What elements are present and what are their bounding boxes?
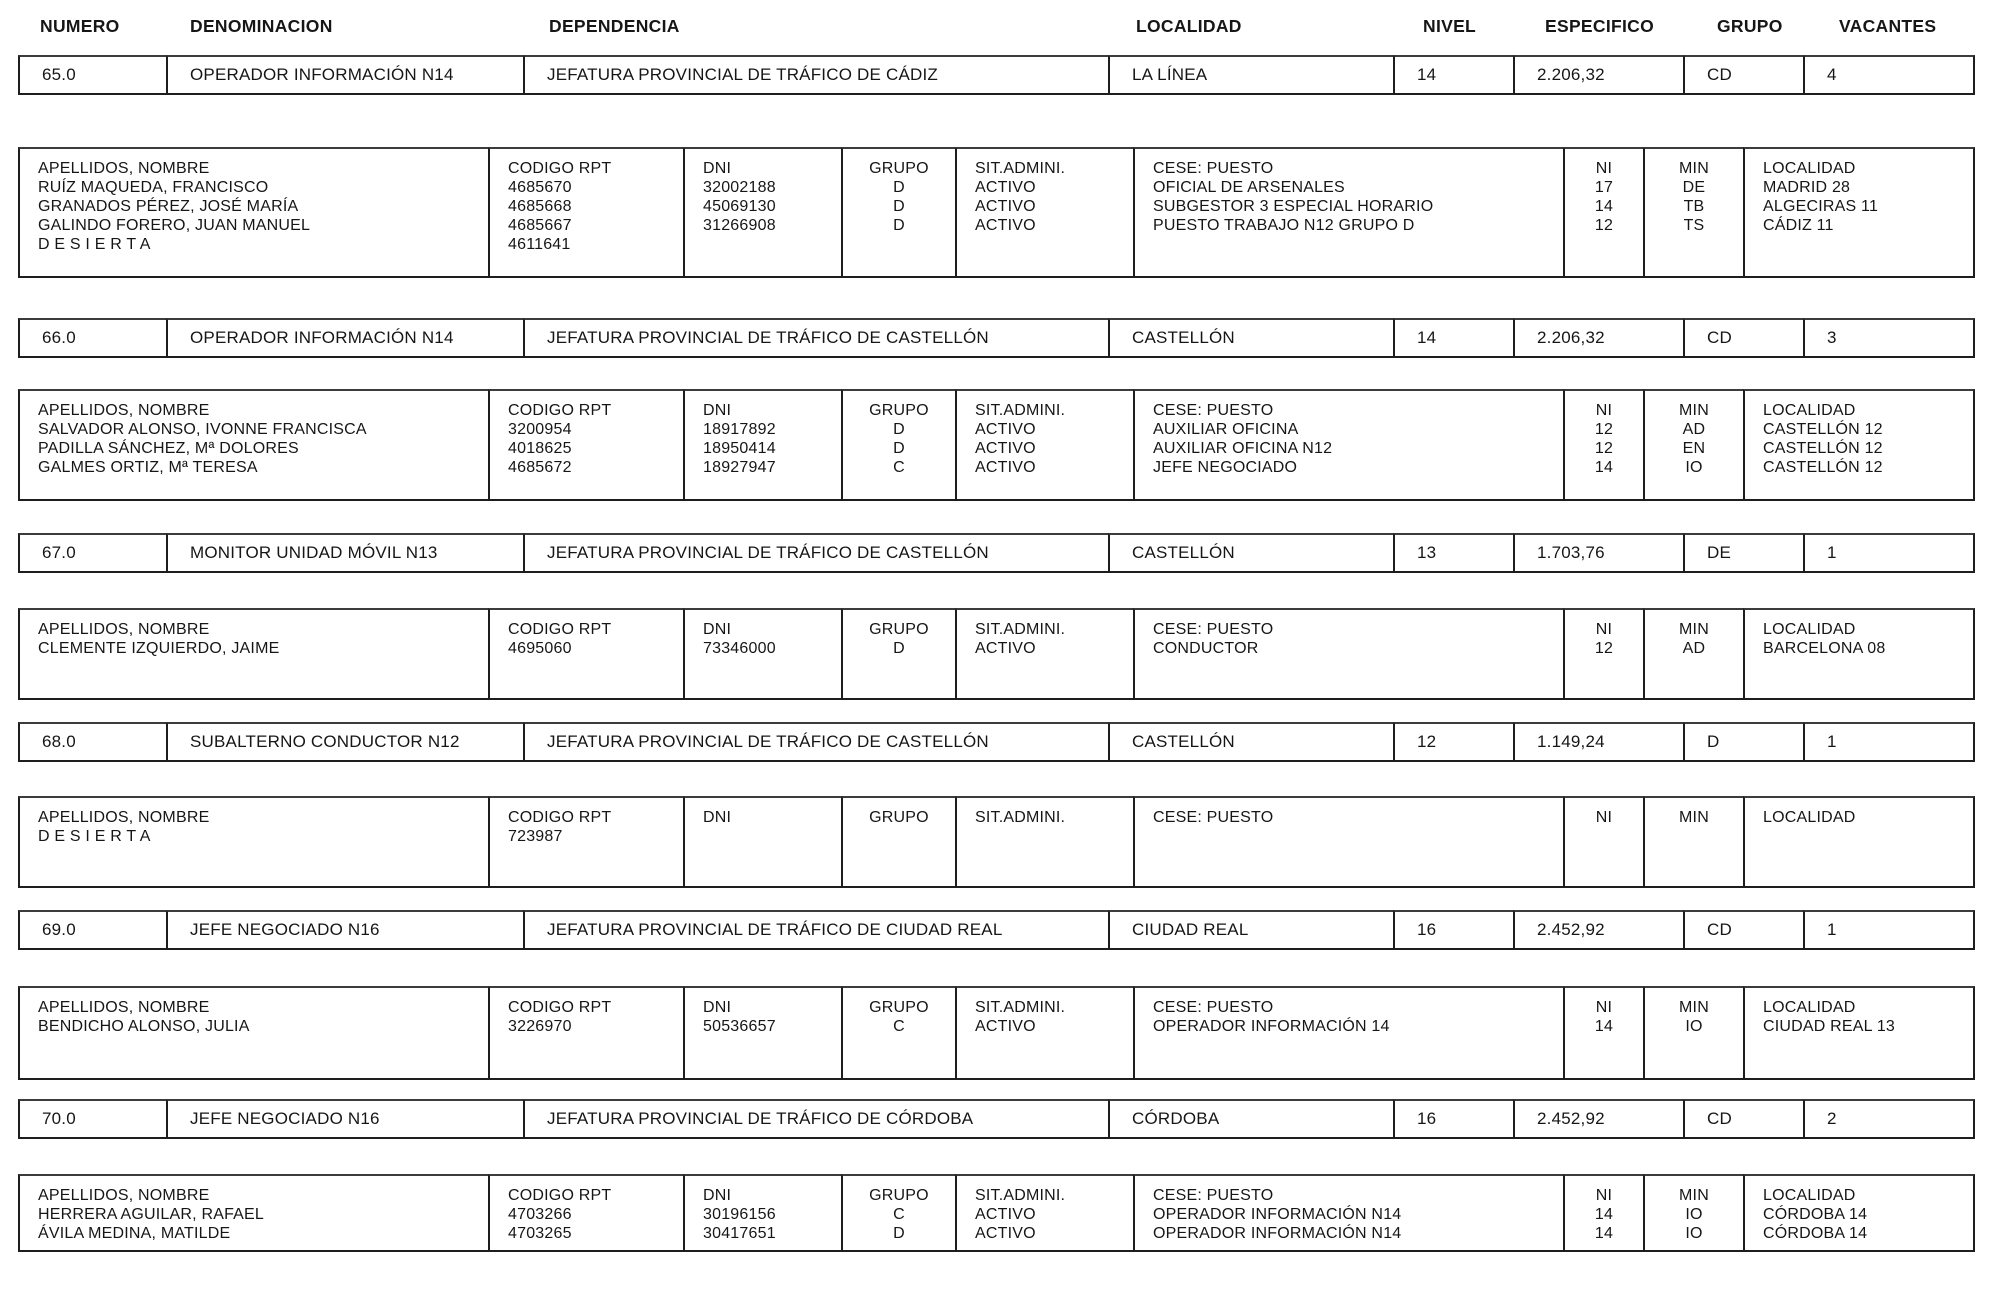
detail-col-cese-puesto: CESE: PUESTOOPERADOR INFORMACIÓN 14 <box>1133 986 1565 1080</box>
position-row-66: 66.0 OPERADOR INFORMACIÓN N14 JEFATURA P… <box>18 318 1975 358</box>
detail-line-codigo: 3200954 <box>508 420 683 439</box>
detail-col-apellidos: APELLIDOS, NOMBRESALVADOR ALONSO, IVONNE… <box>18 389 490 501</box>
detail-header-dni: DNI <box>703 808 841 827</box>
detail-line-dni: 73346000 <box>703 639 841 658</box>
detail-col-codigo-rpt: CODIGO RPT4685670468566846856674611641 <box>488 147 685 278</box>
cell-especifico: 1.703,76 <box>1513 533 1685 573</box>
cell-localidad: CASTELLÓN <box>1108 722 1395 762</box>
detail-line-localidad: CIUDAD REAL 13 <box>1763 1017 1973 1036</box>
detail-line-cese: PUESTO TRABAJO N12 GRUPO D <box>1153 216 1563 235</box>
detail-col-min: MINIOIO <box>1643 1174 1745 1252</box>
detail-header-sit: SIT.ADMINI. <box>975 401 1133 420</box>
detail-line-cese: AUXILIAR OFICINA <box>1153 420 1563 439</box>
cell-denominacion: OPERADOR INFORMACIÓN N14 <box>166 55 525 95</box>
detail-line-dni: 30196156 <box>703 1205 841 1224</box>
holders-detail-block-70: APELLIDOS, NOMBREHERRERA AGUILAR, RAFAEL… <box>18 1174 1975 1252</box>
detail-line-sit: ACTIVO <box>975 439 1133 458</box>
cell-especifico: 2.452,92 <box>1513 1099 1685 1139</box>
detail-header-dni: DNI <box>703 1186 841 1205</box>
detail-header-grupo: GRUPO <box>843 808 955 827</box>
detail-line-sit <box>975 235 1133 254</box>
detail-line-grupo: D <box>843 1224 955 1243</box>
detail-header-grupo: GRUPO <box>843 1186 955 1205</box>
position-row-69: 69.0 JEFE NEGOCIADO N16 JEFATURA PROVINC… <box>18 910 1975 950</box>
detail-col-cese-puesto: CESE: PUESTOOFICIAL DE ARSENALESSUBGESTO… <box>1133 147 1565 278</box>
column-header-vacantes: VACANTES <box>1817 16 1989 37</box>
detail-line-min: AD <box>1645 420 1743 439</box>
detail-col-cese-puesto: CESE: PUESTOOPERADOR INFORMACIÓN N14OPER… <box>1133 1174 1565 1252</box>
column-header-denominacion: DENOMINACION <box>168 16 527 37</box>
detail-line-dni: 31266908 <box>703 216 841 235</box>
detail-line-dni: 32002188 <box>703 178 841 197</box>
detail-col-sit-admini: SIT.ADMINI.ACTIVOACTIVOACTIVO <box>955 147 1135 278</box>
detail-header-sit: SIT.ADMINI. <box>975 159 1133 178</box>
detail-line-ni: 12 <box>1565 216 1643 235</box>
detail-line-apellidos: GALMES ORTIZ, Mª TERESA <box>38 458 488 477</box>
detail-line-cese: OPERADOR INFORMACIÓN N14 <box>1153 1224 1563 1243</box>
detail-line-apellidos: GRANADOS PÉREZ, JOSÉ MARÍA <box>38 197 488 216</box>
detail-line-codigo: 4703266 <box>508 1205 683 1224</box>
detail-header-sit: SIT.ADMINI. <box>975 998 1133 1017</box>
cell-numero: 68.0 <box>18 722 168 762</box>
detail-line-grupo: D <box>843 439 955 458</box>
detail-line-ni: 12 <box>1565 639 1643 658</box>
cell-grupo: DE <box>1683 533 1805 573</box>
detail-col-localidad: LOCALIDADBARCELONA 08 <box>1743 608 1975 700</box>
detail-header-apellidos: APELLIDOS, NOMBRE <box>38 1186 488 1205</box>
detail-col-sit-admini: SIT.ADMINI.ACTIVOACTIVO <box>955 1174 1135 1252</box>
detail-line-ni <box>1565 827 1643 846</box>
detail-col-ni: NI14 <box>1563 986 1645 1080</box>
detail-col-grupo: GRUPOC <box>841 986 957 1080</box>
detail-line-codigo: 4685668 <box>508 197 683 216</box>
detail-col-dni: DNI320021884506913031266908 <box>683 147 843 278</box>
detail-line-codigo: 4685667 <box>508 216 683 235</box>
detail-line-min: IO <box>1645 1205 1743 1224</box>
detail-line-dni: 45069130 <box>703 197 841 216</box>
table-column-header-row: NUMERO DENOMINACION DEPENDENCIA LOCALIDA… <box>18 16 1989 37</box>
detail-line-min: DE <box>1645 178 1743 197</box>
detail-header-dni: DNI <box>703 620 841 639</box>
detail-line-min <box>1645 235 1743 254</box>
detail-line-localidad <box>1763 235 1973 254</box>
detail-col-min: MINADENIO <box>1643 389 1745 501</box>
column-header-nivel: NIVEL <box>1401 16 1523 37</box>
cell-grupo: CD <box>1683 318 1805 358</box>
detail-header-localidad: LOCALIDAD <box>1763 401 1973 420</box>
cell-numero: 67.0 <box>18 533 168 573</box>
detail-line-localidad: CASTELLÓN 12 <box>1763 420 1973 439</box>
detail-line-grupo: C <box>843 1017 955 1036</box>
detail-line-cese: OPERADOR INFORMACIÓN 14 <box>1153 1017 1563 1036</box>
detail-col-codigo-rpt: CODIGO RPT3226970 <box>488 986 685 1080</box>
detail-col-cese-puesto: CESE: PUESTOCONDUCTOR <box>1133 608 1565 700</box>
cell-localidad: LA LÍNEA <box>1108 55 1395 95</box>
position-row-67: 67.0 MONITOR UNIDAD MÓVIL N13 JEFATURA P… <box>18 533 1975 573</box>
detail-line-apellidos: HERRERA AGUILAR, RAFAEL <box>38 1205 488 1224</box>
detail-header-min: MIN <box>1645 401 1743 420</box>
holders-detail-block-66: APELLIDOS, NOMBRESALVADOR ALONSO, IVONNE… <box>18 389 1975 501</box>
detail-col-localidad: LOCALIDADCÓRDOBA 14CÓRDOBA 14 <box>1743 1174 1975 1252</box>
cell-denominacion: JEFE NEGOCIADO N16 <box>166 1099 525 1139</box>
detail-header-codigo: CODIGO RPT <box>508 998 683 1017</box>
cell-nivel: 14 <box>1393 55 1515 95</box>
detail-line-codigo: 4703265 <box>508 1224 683 1243</box>
cell-denominacion: OPERADOR INFORMACIÓN N14 <box>166 318 525 358</box>
detail-col-apellidos: APELLIDOS, NOMBREHERRERA AGUILAR, RAFAEL… <box>18 1174 490 1252</box>
detail-line-dni <box>703 827 841 846</box>
cell-grupo: CD <box>1683 55 1805 95</box>
cell-vacantes: 2 <box>1803 1099 1975 1139</box>
cell-dependencia: JEFATURA PROVINCIAL DE TRÁFICO DE CASTEL… <box>523 318 1110 358</box>
detail-header-cese: CESE: PUESTO <box>1153 808 1563 827</box>
detail-line-min: IO <box>1645 1224 1743 1243</box>
detail-header-localidad: LOCALIDAD <box>1763 620 1973 639</box>
detail-line-min <box>1645 827 1743 846</box>
detail-line-apellidos: D E S I E R T A <box>38 235 488 254</box>
detail-col-grupo: GRUPOCD <box>841 1174 957 1252</box>
detail-line-sit: ACTIVO <box>975 1205 1133 1224</box>
detail-line-grupo: D <box>843 639 955 658</box>
detail-line-cese <box>1153 827 1563 846</box>
detail-line-ni: 14 <box>1565 458 1643 477</box>
detail-header-apellidos: APELLIDOS, NOMBRE <box>38 159 488 178</box>
detail-col-dni: DNI <box>683 796 843 888</box>
cell-dependencia: JEFATURA PROVINCIAL DE TRÁFICO DE CASTEL… <box>523 533 1110 573</box>
detail-line-localidad: BARCELONA 08 <box>1763 639 1973 658</box>
detail-line-localidad: CASTELLÓN 12 <box>1763 458 1973 477</box>
detail-header-apellidos: APELLIDOS, NOMBRE <box>38 808 488 827</box>
detail-line-codigo: 4611641 <box>508 235 683 254</box>
detail-line-dni: 50536657 <box>703 1017 841 1036</box>
cell-nivel: 13 <box>1393 533 1515 573</box>
detail-line-min: AD <box>1645 639 1743 658</box>
detail-line-cese: OPERADOR INFORMACIÓN N14 <box>1153 1205 1563 1224</box>
cell-nivel: 14 <box>1393 318 1515 358</box>
cell-numero: 69.0 <box>18 910 168 950</box>
detail-line-cese <box>1153 235 1563 254</box>
detail-line-codigo: 723987 <box>508 827 683 846</box>
detail-header-cese: CESE: PUESTO <box>1153 401 1563 420</box>
cell-numero: 66.0 <box>18 318 168 358</box>
detail-col-grupo: GRUPO <box>841 796 957 888</box>
detail-line-cese: SUBGESTOR 3 ESPECIAL HORARIO <box>1153 197 1563 216</box>
detail-col-sit-admini: SIT.ADMINI. <box>955 796 1135 888</box>
detail-line-grupo <box>843 235 955 254</box>
detail-line-min: EN <box>1645 439 1743 458</box>
detail-header-grupo: GRUPO <box>843 401 955 420</box>
detail-line-sit: ACTIVO <box>975 1017 1133 1036</box>
detail-line-cese: AUXILIAR OFICINA N12 <box>1153 439 1563 458</box>
detail-line-min: TB <box>1645 197 1743 216</box>
detail-line-apellidos: RUÍZ MAQUEDA, FRANCISCO <box>38 178 488 197</box>
detail-line-sit <box>975 827 1133 846</box>
detail-line-localidad: CASTELLÓN 12 <box>1763 439 1973 458</box>
detail-line-codigo: 3226970 <box>508 1017 683 1036</box>
detail-line-ni: 14 <box>1565 1205 1643 1224</box>
detail-header-min: MIN <box>1645 808 1743 827</box>
detail-line-apellidos: CLEMENTE IZQUIERDO, JAIME <box>38 639 488 658</box>
detail-header-min: MIN <box>1645 998 1743 1017</box>
holders-detail-block-65: APELLIDOS, NOMBRERUÍZ MAQUEDA, FRANCISCO… <box>18 147 1975 278</box>
detail-col-ni: NI12 <box>1563 608 1645 700</box>
position-row-68: 68.0 SUBALTERNO CONDUCTOR N12 JEFATURA P… <box>18 722 1975 762</box>
cell-vacantes: 1 <box>1803 533 1975 573</box>
detail-line-dni: 30417651 <box>703 1224 841 1243</box>
detail-header-apellidos: APELLIDOS, NOMBRE <box>38 401 488 420</box>
detail-line-codigo: 4018625 <box>508 439 683 458</box>
detail-col-cese-puesto: CESE: PUESTOAUXILIAR OFICINAAUXILIAR OFI… <box>1133 389 1565 501</box>
detail-col-codigo-rpt: CODIGO RPT723987 <box>488 796 685 888</box>
column-header-especifico: ESPECIFICO <box>1523 16 1695 37</box>
detail-col-min: MINDETBTS <box>1643 147 1745 278</box>
detail-line-ni: 17 <box>1565 178 1643 197</box>
detail-header-localidad: LOCALIDAD <box>1763 808 1973 827</box>
detail-col-sit-admini: SIT.ADMINI.ACTIVO <box>955 986 1135 1080</box>
detail-header-codigo: CODIGO RPT <box>508 1186 683 1205</box>
cell-numero: 70.0 <box>18 1099 168 1139</box>
detail-line-apellidos: ÁVILA MEDINA, MATILDE <box>38 1224 488 1243</box>
detail-header-dni: DNI <box>703 159 841 178</box>
detail-line-apellidos: PADILLA SÁNCHEZ, Mª DOLORES <box>38 439 488 458</box>
detail-col-grupo: GRUPODDC <box>841 389 957 501</box>
detail-col-codigo-rpt: CODIGO RPT320095440186254685672 <box>488 389 685 501</box>
detail-line-ni: 12 <box>1565 439 1643 458</box>
detail-line-grupo <box>843 827 955 846</box>
detail-line-ni <box>1565 235 1643 254</box>
scanned-vacancy-listing-document: NUMERO DENOMINACION DEPENDENCIA LOCALIDA… <box>0 0 2000 1299</box>
detail-line-sit: ACTIVO <box>975 197 1133 216</box>
detail-header-ni: NI <box>1565 1186 1643 1205</box>
detail-header-cese: CESE: PUESTO <box>1153 159 1563 178</box>
detail-line-codigo: 4685672 <box>508 458 683 477</box>
detail-header-ni: NI <box>1565 620 1643 639</box>
detail-col-localidad: LOCALIDADCIUDAD REAL 13 <box>1743 986 1975 1080</box>
detail-col-ni: NI121214 <box>1563 389 1645 501</box>
cell-denominacion: SUBALTERNO CONDUCTOR N12 <box>166 722 525 762</box>
detail-header-min: MIN <box>1645 620 1743 639</box>
detail-line-min: IO <box>1645 1017 1743 1036</box>
cell-localidad: CIUDAD REAL <box>1108 910 1395 950</box>
detail-line-sit: ACTIVO <box>975 1224 1133 1243</box>
detail-col-localidad: LOCALIDAD <box>1743 796 1975 888</box>
detail-col-codigo-rpt: CODIGO RPT4695060 <box>488 608 685 700</box>
detail-header-codigo: CODIGO RPT <box>508 808 683 827</box>
cell-localidad: CASTELLÓN <box>1108 533 1395 573</box>
detail-line-localidad: ALGECIRAS 11 <box>1763 197 1973 216</box>
detail-header-cese: CESE: PUESTO <box>1153 620 1563 639</box>
detail-line-cese: CONDUCTOR <box>1153 639 1563 658</box>
detail-line-dni <box>703 235 841 254</box>
detail-col-codigo-rpt: CODIGO RPT47032664703265 <box>488 1174 685 1252</box>
detail-header-sit: SIT.ADMINI. <box>975 808 1133 827</box>
detail-header-localidad: LOCALIDAD <box>1763 998 1973 1017</box>
detail-col-min: MIN <box>1643 796 1745 888</box>
detail-line-ni: 14 <box>1565 1017 1643 1036</box>
cell-localidad: CÓRDOBA <box>1108 1099 1395 1139</box>
detail-line-apellidos: D E S I E R T A <box>38 827 488 846</box>
detail-line-dni: 18950414 <box>703 439 841 458</box>
detail-header-min: MIN <box>1645 1186 1743 1205</box>
cell-especifico: 2.206,32 <box>1513 55 1685 95</box>
detail-line-cese: OFICIAL DE ARSENALES <box>1153 178 1563 197</box>
detail-col-ni: NI <box>1563 796 1645 888</box>
cell-grupo: CD <box>1683 910 1805 950</box>
detail-line-ni: 14 <box>1565 197 1643 216</box>
detail-line-apellidos: GALINDO FORERO, JUAN MANUEL <box>38 216 488 235</box>
position-row-65: 65.0 OPERADOR INFORMACIÓN N14 JEFATURA P… <box>18 55 1975 95</box>
cell-nivel: 16 <box>1393 1099 1515 1139</box>
cell-dependencia: JEFATURA PROVINCIAL DE TRÁFICO DE CÓRDOB… <box>523 1099 1110 1139</box>
detail-header-ni: NI <box>1565 808 1643 827</box>
detail-col-min: MINAD <box>1643 608 1745 700</box>
detail-line-cese: JEFE NEGOCIADO <box>1153 458 1563 477</box>
cell-especifico: 1.149,24 <box>1513 722 1685 762</box>
detail-col-localidad: LOCALIDADMADRID 28ALGECIRAS 11CÁDIZ 11 <box>1743 147 1975 278</box>
detail-col-apellidos: APELLIDOS, NOMBRECLEMENTE IZQUIERDO, JAI… <box>18 608 490 700</box>
cell-denominacion: JEFE NEGOCIADO N16 <box>166 910 525 950</box>
detail-line-localidad: CÓRDOBA 14 <box>1763 1205 1973 1224</box>
detail-line-ni: 14 <box>1565 1224 1643 1243</box>
cell-vacantes: 3 <box>1803 318 1975 358</box>
detail-header-grupo: GRUPO <box>843 998 955 1017</box>
holders-detail-block-68: APELLIDOS, NOMBRED E S I E R T A CODIGO … <box>18 796 1975 888</box>
detail-header-ni: NI <box>1565 159 1643 178</box>
holders-detail-block-67: APELLIDOS, NOMBRECLEMENTE IZQUIERDO, JAI… <box>18 608 1975 700</box>
column-header-localidad: LOCALIDAD <box>1114 16 1401 37</box>
detail-header-sit: SIT.ADMINI. <box>975 1186 1133 1205</box>
detail-line-apellidos: BENDICHO ALONSO, JULIA <box>38 1017 488 1036</box>
detail-line-grupo: D <box>843 197 955 216</box>
detail-header-grupo: GRUPO <box>843 620 955 639</box>
detail-col-sit-admini: SIT.ADMINI.ACTIVO <box>955 608 1135 700</box>
detail-col-apellidos: APELLIDOS, NOMBREBENDICHO ALONSO, JULIA <box>18 986 490 1080</box>
detail-col-cese-puesto: CESE: PUESTO <box>1133 796 1565 888</box>
cell-grupo: D <box>1683 722 1805 762</box>
detail-col-min: MINIO <box>1643 986 1745 1080</box>
cell-nivel: 12 <box>1393 722 1515 762</box>
cell-dependencia: JEFATURA PROVINCIAL DE TRÁFICO DE CÁDIZ <box>523 55 1110 95</box>
detail-col-dni: DNI3019615630417651 <box>683 1174 843 1252</box>
detail-col-grupo: GRUPOD <box>841 608 957 700</box>
detail-col-dni: DNI189178921895041418927947 <box>683 389 843 501</box>
detail-line-dni: 18917892 <box>703 420 841 439</box>
column-header-numero: NUMERO <box>18 16 168 37</box>
detail-header-cese: CESE: PUESTO <box>1153 998 1563 1017</box>
detail-line-min: TS <box>1645 216 1743 235</box>
detail-line-sit: ACTIVO <box>975 420 1133 439</box>
cell-denominacion: MONITOR UNIDAD MÓVIL N13 <box>166 533 525 573</box>
column-header-dependencia: DEPENDENCIA <box>527 16 1114 37</box>
detail-header-apellidos: APELLIDOS, NOMBRE <box>38 620 488 639</box>
detail-col-apellidos: APELLIDOS, NOMBRERUÍZ MAQUEDA, FRANCISCO… <box>18 147 490 278</box>
detail-line-localidad: CÓRDOBA 14 <box>1763 1224 1973 1243</box>
cell-nivel: 16 <box>1393 910 1515 950</box>
detail-line-localidad <box>1763 827 1973 846</box>
detail-col-localidad: LOCALIDADCASTELLÓN 12CASTELLÓN 12CASTELL… <box>1743 389 1975 501</box>
cell-vacantes: 1 <box>1803 722 1975 762</box>
cell-dependencia: JEFATURA PROVINCIAL DE TRÁFICO DE CIUDAD… <box>523 910 1110 950</box>
column-header-grupo: GRUPO <box>1695 16 1817 37</box>
detail-line-min: IO <box>1645 458 1743 477</box>
cell-localidad: CASTELLÓN <box>1108 318 1395 358</box>
cell-numero: 65.0 <box>18 55 168 95</box>
detail-header-apellidos: APELLIDOS, NOMBRE <box>38 998 488 1017</box>
detail-line-localidad: CÁDIZ 11 <box>1763 216 1973 235</box>
cell-dependencia: JEFATURA PROVINCIAL DE TRÁFICO DE CASTEL… <box>523 722 1110 762</box>
detail-col-apellidos: APELLIDOS, NOMBRED E S I E R T A <box>18 796 490 888</box>
detail-line-ni: 12 <box>1565 420 1643 439</box>
detail-col-dni: DNI73346000 <box>683 608 843 700</box>
detail-line-grupo: C <box>843 1205 955 1224</box>
detail-header-ni: NI <box>1565 998 1643 1017</box>
cell-especifico: 2.452,92 <box>1513 910 1685 950</box>
detail-line-grupo: D <box>843 178 955 197</box>
detail-header-cese: CESE: PUESTO <box>1153 1186 1563 1205</box>
detail-line-localidad: MADRID 28 <box>1763 178 1973 197</box>
detail-line-dni: 18927947 <box>703 458 841 477</box>
detail-line-grupo: D <box>843 420 955 439</box>
detail-col-sit-admini: SIT.ADMINI.ACTIVOACTIVOACTIVO <box>955 389 1135 501</box>
detail-header-codigo: CODIGO RPT <box>508 159 683 178</box>
detail-header-dni: DNI <box>703 998 841 1017</box>
detail-col-ni: NI1414 <box>1563 1174 1645 1252</box>
detail-col-grupo: GRUPODDD <box>841 147 957 278</box>
cell-grupo: CD <box>1683 1099 1805 1139</box>
detail-header-grupo: GRUPO <box>843 159 955 178</box>
cell-vacantes: 4 <box>1803 55 1975 95</box>
detail-header-localidad: LOCALIDAD <box>1763 1186 1973 1205</box>
cell-especifico: 2.206,32 <box>1513 318 1685 358</box>
detail-line-sit: ACTIVO <box>975 216 1133 235</box>
detail-line-sit: ACTIVO <box>975 458 1133 477</box>
detail-header-min: MIN <box>1645 159 1743 178</box>
detail-header-localidad: LOCALIDAD <box>1763 159 1973 178</box>
detail-col-dni: DNI50536657 <box>683 986 843 1080</box>
detail-header-codigo: CODIGO RPT <box>508 401 683 420</box>
detail-line-codigo: 4695060 <box>508 639 683 658</box>
cell-vacantes: 1 <box>1803 910 1975 950</box>
detail-header-ni: NI <box>1565 401 1643 420</box>
detail-line-grupo: C <box>843 458 955 477</box>
holders-detail-block-69: APELLIDOS, NOMBREBENDICHO ALONSO, JULIA … <box>18 986 1975 1080</box>
detail-col-ni: NI171412 <box>1563 147 1645 278</box>
detail-header-codigo: CODIGO RPT <box>508 620 683 639</box>
detail-line-grupo: D <box>843 216 955 235</box>
detail-line-sit: ACTIVO <box>975 639 1133 658</box>
position-row-70: 70.0 JEFE NEGOCIADO N16 JEFATURA PROVINC… <box>18 1099 1975 1139</box>
detail-line-codigo: 4685670 <box>508 178 683 197</box>
detail-line-apellidos: SALVADOR ALONSO, IVONNE FRANCISCA <box>38 420 488 439</box>
detail-header-dni: DNI <box>703 401 841 420</box>
detail-header-sit: SIT.ADMINI. <box>975 620 1133 639</box>
detail-line-sit: ACTIVO <box>975 178 1133 197</box>
